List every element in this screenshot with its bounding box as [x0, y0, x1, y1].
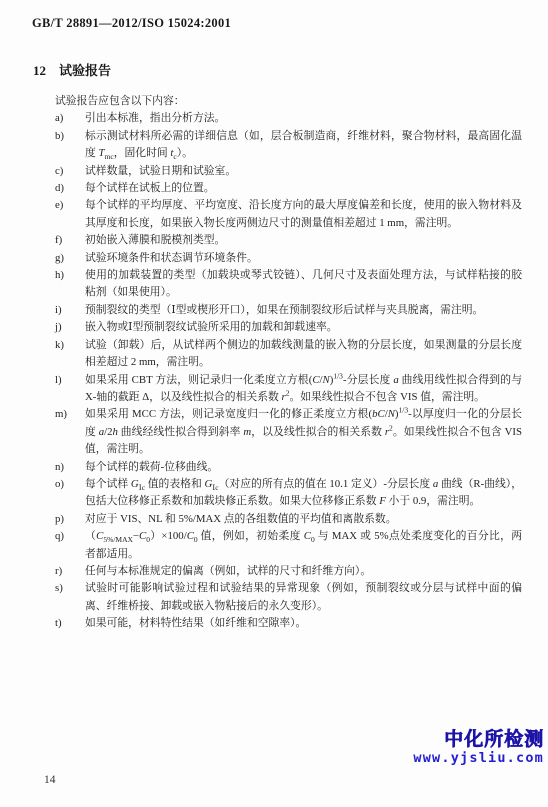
- item-text: 如果采用 CBT 方法，则记录归一化柔度立方根(C/N)1/3-分层长度 a 曲…: [85, 374, 522, 403]
- item-text: 嵌入物或Ⅰ型预制裂纹试验所采用的加载和卸载速率。: [85, 321, 338, 333]
- document-page: GB/T 28891—2012/ISO 15024:2001 12试验报告 试验…: [0, 0, 548, 807]
- section-title: 试验报告: [59, 63, 111, 78]
- item-label: j): [55, 319, 62, 336]
- item-label: f): [55, 232, 62, 249]
- item-label: k): [55, 337, 64, 354]
- item-text: 每个试样在试板上的位置。: [85, 182, 215, 194]
- item-label: c): [55, 163, 63, 180]
- report-item-m: m) 如果采用 MCC 方法，则记录宽度归一化的修正柔度立方根(bC/N)1/3…: [55, 406, 522, 458]
- item-text: 每个试样的载荷-位移曲线。: [85, 461, 218, 473]
- item-text: 使用的加载装置的类型（加载块或琴式铰链）、几何尺寸及表面处理方法，与试样粘接的胶…: [85, 269, 522, 298]
- report-item-n: n) 每个试样的载荷-位移曲线。: [55, 459, 522, 476]
- standard-number-header: GB/T 28891—2012/ISO 15024:2001: [32, 16, 231, 31]
- report-item-o: o) 每个试样 GⅠc 值的表格和 GⅠc（对应的所有点的值在 10.1 定义）…: [55, 476, 522, 511]
- watermark: 中化所检测 www.yjsliu.com: [413, 730, 544, 766]
- report-item-s: s) 试验时可能影响试验过程和试验结果的异常现象（例如，预制裂纹或分层与试样中面…: [55, 580, 522, 615]
- item-text: 任何与本标准规定的偏离（例如，试样的尺寸和纤维方向）。: [85, 565, 371, 577]
- report-item-i: i) 预制裂纹的类型（Ⅰ型或楔形开口），如果在预制裂纹形后试样与夹具脱离，需注明…: [55, 302, 522, 319]
- item-label: r): [55, 563, 62, 580]
- report-item-c: c) 试样数量，试验日期和试验室。: [55, 163, 522, 180]
- item-label: o): [55, 476, 64, 493]
- report-item-r: r) 任何与本标准规定的偏离（例如，试样的尺寸和纤维方向）。: [55, 563, 522, 580]
- report-item-g: g) 试验环境条件和状态调节环境条件。: [55, 250, 522, 267]
- watermark-title: 中化所检测: [413, 730, 544, 750]
- section-number: 12: [33, 63, 46, 78]
- item-label: g): [55, 250, 64, 267]
- report-item-t: t) 如果可能，材料特性结果（如纤维和空隙率）。: [55, 615, 522, 632]
- page-number: 14: [44, 774, 56, 786]
- item-label: s): [55, 580, 63, 597]
- report-item-q: q) （C5%/MAX−C0）×100/C0 值，例如，初始柔度 C0 与 MA…: [55, 528, 522, 563]
- intro-line: 试验报告应包含以下内容：: [55, 93, 522, 110]
- report-item-p: p) 对应于 VIS、NL 和 5%/MAX 点的各组数值的平均值和离散系数。: [55, 511, 522, 528]
- item-label: d): [55, 180, 64, 197]
- item-label: l): [55, 372, 62, 389]
- item-text: 预制裂纹的类型（Ⅰ型或楔形开口），如果在预制裂纹形后试样与夹具脱离，需注明。: [85, 304, 483, 316]
- report-item-k: k) 试验（卸载）后，从试样两个侧边的加载线测量的嵌入物的分层长度，如果测量的分…: [55, 337, 522, 372]
- item-label: i): [55, 302, 62, 319]
- item-text: 试样数量，试验日期和试验室。: [85, 165, 236, 177]
- item-label: h): [55, 267, 64, 284]
- item-text: 如果采用 MCC 方法，则记录宽度归一化的修正柔度立方根(bC/N)1/3-以厚…: [85, 408, 522, 455]
- item-label: t): [55, 615, 62, 632]
- item-label: q): [55, 528, 64, 545]
- report-requirements-list: 试验报告应包含以下内容： a) 引出本标准，指出分析方法。 b) 标示测试材料所…: [55, 93, 522, 633]
- item-text: 每个试样的平均厚度、平均宽度、沿长度方向的最大厚度偏差和长度，使用的嵌入物材料及…: [85, 199, 522, 228]
- item-text: 标示测试材料所必需的详细信息（如，层合板制造商，纤维材料，聚合物材料，最高固化温…: [85, 130, 522, 159]
- report-item-e: e) 每个试样的平均厚度、平均宽度、沿长度方向的最大厚度偏差和长度，使用的嵌入物…: [55, 197, 522, 232]
- report-item-j: j) 嵌入物或Ⅰ型预制裂纹试验所采用的加载和卸载速率。: [55, 319, 522, 336]
- item-label: p): [55, 511, 64, 528]
- item-text: 对应于 VIS、NL 和 5%/MAX 点的各组数值的平均值和离散系数。: [85, 513, 397, 525]
- watermark-url: www.yjsliu.com: [413, 750, 544, 766]
- item-label: b): [55, 128, 64, 145]
- item-text: （C5%/MAX−C0）×100/C0 值，例如，初始柔度 C0 与 MAX 或…: [85, 530, 522, 559]
- item-label: a): [55, 110, 63, 127]
- report-item-a: a) 引出本标准，指出分析方法。: [55, 110, 522, 127]
- section-heading: 12试验报告: [33, 60, 111, 79]
- item-label: e): [55, 197, 63, 214]
- report-item-f: f) 初始嵌入薄膜和脱模剂类型。: [55, 232, 522, 249]
- report-item-b: b) 标示测试材料所必需的详细信息（如，层合板制造商，纤维材料，聚合物材料，最高…: [55, 128, 522, 163]
- item-text: 如果可能，材料特性结果（如纤维和空隙率）。: [85, 617, 306, 629]
- report-item-h: h) 使用的加载装置的类型（加载块或琴式铰链）、几何尺寸及表面处理方法，与试样粘…: [55, 267, 522, 302]
- item-text: 试验时可能影响试验过程和试验结果的异常现象（例如，预制裂纹或分层与试样中面的偏离…: [85, 582, 522, 611]
- item-label: m): [55, 406, 67, 423]
- report-item-l: l) 如果采用 CBT 方法，则记录归一化柔度立方根(C/N)1/3-分层长度 …: [55, 372, 522, 407]
- item-label: n): [55, 459, 64, 476]
- item-text: 引出本标准，指出分析方法。: [85, 112, 225, 124]
- item-text: 试验（卸载）后，从试样两个侧边的加载线测量的嵌入物的分层长度，如果测量的分层长度…: [85, 339, 522, 368]
- report-item-d: d) 每个试样在试板上的位置。: [55, 180, 522, 197]
- item-text: 每个试样 GⅠc 值的表格和 GⅠc（对应的所有点的值在 10.1 定义）-分层…: [85, 478, 522, 507]
- item-text: 试验环境条件和状态调节环境条件。: [85, 252, 258, 264]
- item-text: 初始嵌入薄膜和脱模剂类型。: [85, 234, 225, 246]
